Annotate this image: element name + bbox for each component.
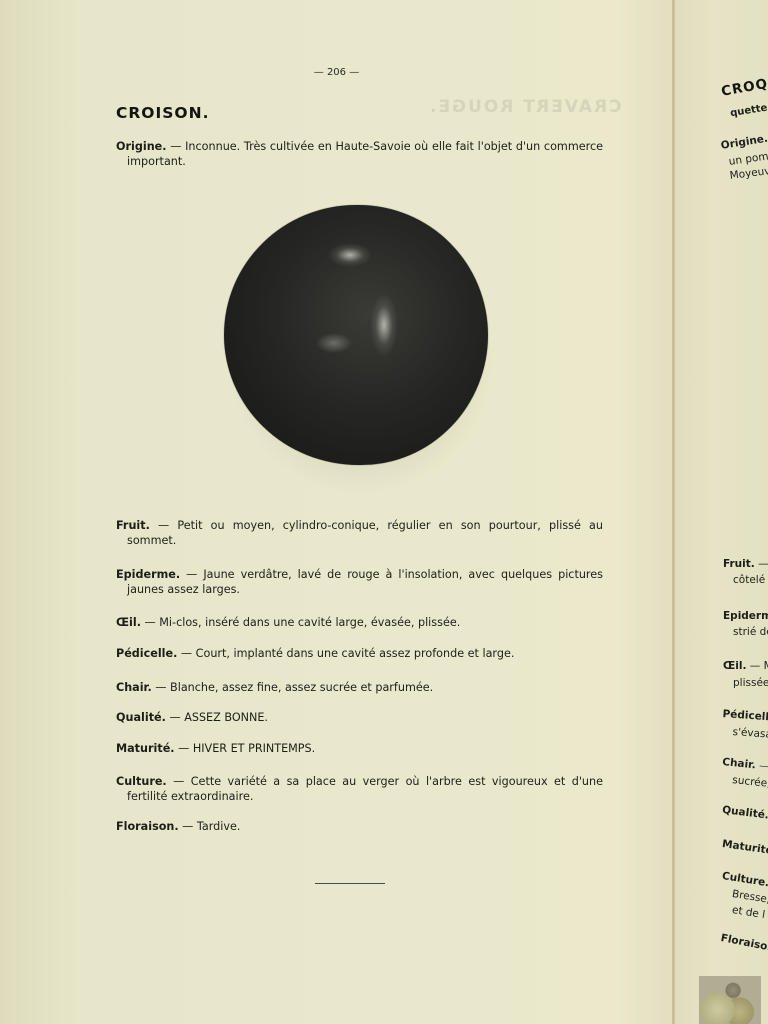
page-number: — 206 —: [0, 67, 673, 78]
entry-qualite: Qualité. — ASSEZ BONNE.: [116, 710, 603, 725]
entry-label: Culture.: [116, 775, 167, 788]
entry-label: Œil.: [116, 616, 141, 629]
apple-photograph: [224, 205, 488, 465]
entry-text: — Mi-clos, inséré dans une cavité large,…: [141, 616, 460, 629]
entry-label: Pédicelle.: [116, 647, 177, 660]
entry-label: Qualité.: [116, 711, 166, 724]
right-line: strié de: [733, 626, 768, 639]
entry-culture: Culture. — Cette variété a sa place au v…: [116, 774, 603, 804]
entry-text: — HIVER ET PRINTEMPS.: [175, 742, 316, 755]
entry-text: — Blanche, assez fine, assez sucrée et p…: [152, 681, 433, 694]
entry-text: — Tardive.: [179, 820, 241, 833]
entry-label: Origine.: [116, 140, 167, 153]
entry-label: Fruit.: [116, 519, 150, 532]
end-rule-divider: [315, 883, 385, 884]
entry-text: — Jaune verdâtre, lavé de rouge à l'inso…: [127, 568, 603, 596]
entry-label: Chair.: [116, 681, 152, 694]
entry-label: Œil.: [723, 660, 746, 672]
entry-label: Maturité.: [116, 742, 175, 755]
variety-title: CROISON.: [116, 104, 209, 122]
entry-text: — Petit ou moyen, cylindro-conique, régu…: [127, 519, 603, 547]
entry-text: — Court, implanté dans une cavité assez …: [177, 647, 514, 660]
entry-text: —: [755, 760, 768, 773]
entry-label: Chair.: [722, 756, 757, 771]
entry-origine: Origine. — Inconnue. Très cultivée en Ha…: [116, 139, 603, 169]
entry-text: — G: [755, 558, 768, 570]
right-line: côtelé a: [733, 574, 768, 587]
entry-label: Epiderme.: [723, 610, 768, 622]
entry-text: — Cette variété a sa place au verger où …: [127, 775, 603, 803]
entry-epiderme: Epiderme. — Jaune verdâtre, lavé de roug…: [116, 567, 603, 597]
right-line: plissée: [733, 677, 768, 690]
right-entry-fruit: Fruit. — G: [723, 558, 768, 571]
entry-maturite: Maturité. — HIVER ET PRINTEMPS.: [116, 741, 603, 756]
entry-floraison: Floraison. — Tardive.: [116, 819, 603, 834]
entry-fruit: Fruit. — Petit ou moyen, cylindro-coniqu…: [116, 518, 603, 548]
right-entry-epiderme: Epiderme.: [723, 610, 768, 623]
right-entry-oeil: Œil. — M: [723, 660, 768, 673]
entry-pedicelle: Pédicelle. — Court, implanté dans une ca…: [116, 646, 603, 661]
entry-chair: Chair. — Blanche, assez fine, assez sucr…: [116, 680, 603, 695]
bleed-through-title: CRAVERT ROUGE.: [428, 97, 622, 117]
entry-label: Epiderme.: [116, 568, 180, 581]
entry-text: — Inconnue. Très cultivée en Haute-Savoi…: [127, 140, 603, 168]
entry-text: — M: [746, 660, 768, 672]
entry-label: Floraison.: [116, 820, 179, 833]
entry-label: Fruit.: [723, 558, 755, 570]
entry-oeil: Œil. — Mi-clos, inséré dans une cavité l…: [116, 615, 603, 630]
thumbnail-watermark: [699, 976, 761, 1024]
entry-text: — ASSEZ BONNE.: [166, 711, 268, 724]
